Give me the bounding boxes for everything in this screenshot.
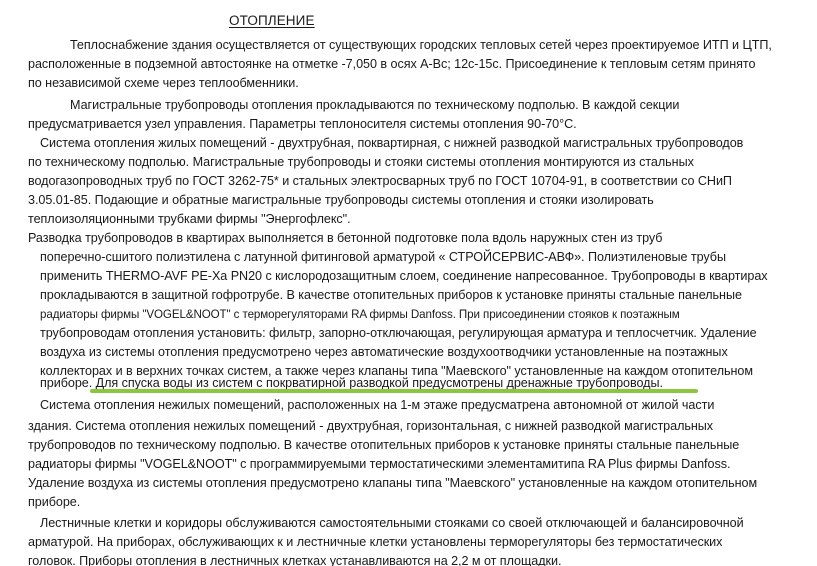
text-line: здания. Система отопления нежилых помеще… [28, 419, 713, 434]
text-line: головок. Приборы отопления в лестничных … [28, 554, 561, 566]
text-line: радиаторы фирмы "VOGEL&NOOT" с программи… [28, 457, 730, 472]
text-line: предусматривается узел управления. Парам… [28, 117, 577, 132]
text-line: Теплоснабжение здания осуществляется от … [70, 38, 772, 53]
highlight-underline [90, 389, 698, 393]
text-line: трубопроводам отопления установить: филь… [40, 326, 757, 341]
text-line: по независимой схеме через теплообменник… [28, 76, 299, 91]
text-line: радиаторы фирмы "VOGEL&NOOT" с терморегу… [40, 307, 680, 322]
text-line: Система отопления нежилых помещений, рас… [40, 398, 714, 413]
text-line: по техническому подполью. Магистральные … [28, 155, 694, 170]
text-line: Удаление воздуха из системы отопления пр… [28, 476, 757, 491]
text-line: 3.05.01-85. Подающие и обратные магистра… [28, 193, 654, 208]
text-line: Лестничные клетки и коридоры обслуживают… [40, 516, 744, 531]
text-line: трубопроводов по техническому подполью. … [28, 438, 739, 453]
text-line: поперечно-сшитого полиэтилена с латунной… [40, 250, 726, 265]
text-line: приборе. [28, 495, 80, 510]
text-line: применить THERMO-AVF PE-Xa PN20 с кислор… [40, 269, 768, 284]
document-page: ОТОПЛЕНИЕ Теплоснабжение здания осуществ… [0, 0, 817, 566]
text-line: арматурой. На приборах, обслуживающих к … [28, 535, 722, 550]
text-line: прокладываются в защитной гофротрубе. В … [40, 288, 742, 303]
text-line: водогазопроводных труб по ГОСТ 3262-75* … [28, 174, 732, 189]
text-line: Система отопления жилых помещений - двух… [40, 136, 743, 151]
text-line: Магистральные трубопроводы отопления про… [70, 98, 679, 113]
text-line: Разводка трубопроводов в квартирах выпол… [28, 231, 662, 246]
section-title: ОТОПЛЕНИЕ [229, 13, 315, 28]
text-line: расположенные в подземной автостоянке на… [28, 57, 755, 72]
text-line: теплоизоляционными трубками фирмы "Энерг… [28, 212, 351, 227]
text-line: воздуха из системы отопления предусмотре… [40, 345, 728, 360]
